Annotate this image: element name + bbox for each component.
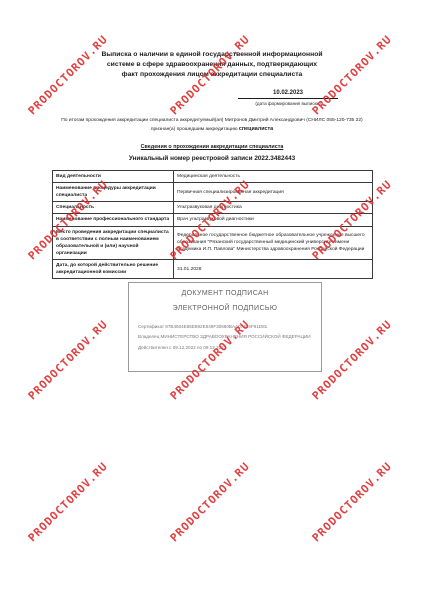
intro-paragraph: По итогам прохождения аккредитации специ… — [50, 117, 374, 133]
watermark: PRODOCTOROV.RU — [310, 318, 395, 403]
owner-label: Владелец — [138, 334, 159, 339]
extract-date: 10.02.2023 — [238, 90, 338, 99]
validity-text: Действителен с 09.12.2022 по 09.12.2023 — [138, 345, 226, 350]
row-label: Место проведения аккредитации специалист… — [53, 226, 174, 259]
table-row: Наименование профессионального стандарта… — [53, 214, 373, 226]
row-value: Медицинская деятельность — [174, 171, 373, 183]
owner-row: Владелец МИНИСТЕРСТВО ЗДРАВООХРАНЕНИЯ РО… — [138, 334, 312, 341]
row-value: Первичная специализированная аккредитаци… — [174, 183, 373, 202]
extract-date-caption: (дата формирования выписки) — [238, 101, 338, 106]
signature-details: Сертификат 97B4504E86E892E549F30660BAA07… — [138, 324, 312, 352]
watermark: PRODOCTOROV.RU — [168, 460, 253, 545]
watermark: PRODOCTOROV.RU — [26, 318, 111, 403]
registry-label: Уникальный номер реестровой записи — [129, 155, 253, 162]
certificate-label: Сертификат — [138, 324, 164, 329]
row-label: Дата, до которой действительно решение а… — [53, 259, 174, 278]
row-label: Вид деятельности — [53, 171, 174, 183]
row-value: 31.01.2028 — [174, 259, 373, 278]
row-label: Наименование профессионального стандарта — [53, 214, 174, 226]
table-row: Специальность Ультразвуковая диагностика — [53, 202, 373, 214]
intro-text: По итогам прохождения аккредитации специ… — [61, 118, 362, 132]
registry-number: 2022.3482443 — [254, 155, 295, 162]
accreditation-table: Вид деятельности Медицинская деятельност… — [52, 170, 373, 279]
owner-value: МИНИСТЕРСТВО ЗДРАВООХРАНЕНИЯ РОССИЙСКОЙ … — [161, 334, 311, 339]
signature-title-line2: ЭЛЕКТРОННОЙ ПОДПИСЬЮ — [138, 305, 312, 312]
row-label: Наименование процедуры аккредитации спец… — [53, 183, 174, 202]
registry-record-line: Уникальный номер реестровой записи 2022.… — [129, 155, 295, 162]
electronic-signature-stamp: ДОКУМЕНТ ПОДПИСАН ЭЛЕКТРОННОЙ ПОДПИСЬЮ С… — [128, 282, 322, 372]
table-row: Наименование процедуры аккредитации спец… — [53, 183, 373, 202]
document-page: PRODOCTOROV.RU PRODOCTOROV.RU PRODOCTORO… — [0, 0, 424, 600]
row-value: Врач ультразвуковой диагностики — [174, 214, 373, 226]
section-heading: Сведения о прохождении аккредитации спец… — [141, 144, 284, 150]
extract-date-block: 10.02.2023 (дата формирования выписки) — [238, 90, 338, 106]
row-value: Федеральное государственное бюджетное об… — [174, 226, 373, 259]
certificate-value: 97B4504E86E892E549F30660BAA07434F91D81 — [165, 324, 267, 329]
certificate-row: Сертификат 97B4504E86E892E549F30660BAA07… — [138, 324, 312, 331]
row-label: Специальность — [53, 202, 174, 214]
signature-title-line1: ДОКУМЕНТ ПОДПИСАН — [138, 290, 312, 297]
validity-row: Действителен с 09.12.2022 по 09.12.2023 — [138, 345, 312, 352]
watermark: PRODOCTOROV.RU — [26, 460, 111, 545]
row-value: Ультразвуковая диагностика — [174, 202, 373, 214]
table-row: Дата, до которой действительно решение а… — [53, 259, 373, 278]
intro-bold-word: специалиста — [239, 126, 273, 132]
document-title: Выписка о наличии в единой государственн… — [98, 50, 326, 81]
table-row: Вид деятельности Медицинская деятельност… — [53, 171, 373, 183]
watermark: PRODOCTOROV.RU — [310, 460, 395, 545]
table-row: Место проведения аккредитации специалист… — [53, 226, 373, 259]
